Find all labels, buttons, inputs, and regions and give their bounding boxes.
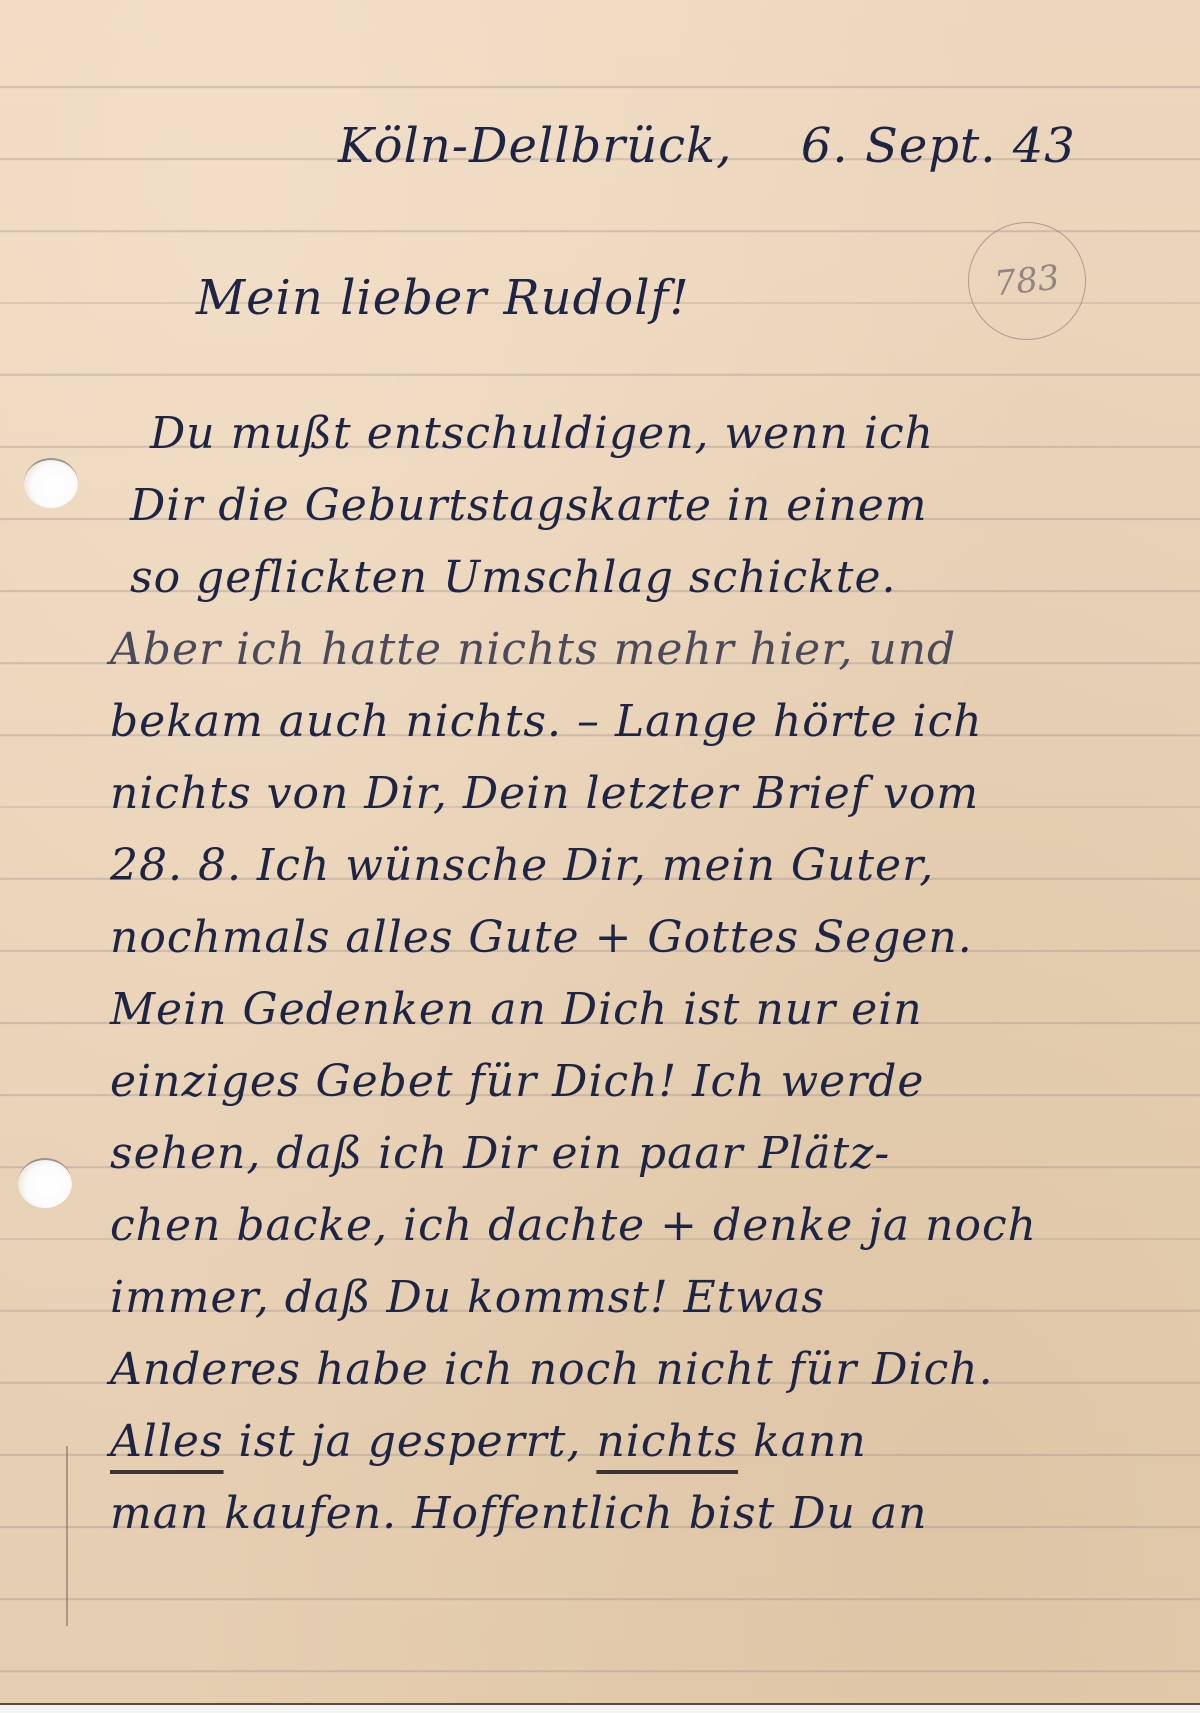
- body-line: Aber ich hatte nichts mehr hier, und: [110, 624, 956, 675]
- body-text-fragment: ist ja gesperrt,: [224, 1416, 597, 1467]
- letter-date: 6. Sept. 43: [801, 118, 1076, 174]
- punch-hole-top: [24, 458, 78, 508]
- body-text-fragment: kann: [738, 1416, 867, 1467]
- letter-page: Köln-Dellbrück, 6. Sept. 43 783 Mein lie…: [0, 0, 1200, 1713]
- margin-line: [66, 1446, 68, 1626]
- letter-header: Köln-Dellbrück, 6. Sept. 43: [338, 118, 1076, 174]
- body-line: Dir die Geburtstagskarte in einem: [130, 480, 928, 531]
- body-line: 28. 8. Ich wünsche Dir, mein Guter,: [110, 840, 934, 891]
- body-line: nochmals alles Gute + Gottes Segen.: [110, 912, 973, 963]
- page-bottom-edge: [0, 1703, 1200, 1713]
- body-line: nichts von Dir, Dein letzter Brief vom: [110, 768, 979, 819]
- body-line: sehen, daß ich Dir ein paar Plätz-: [110, 1128, 890, 1179]
- body-line-last: man kaufen. Hoffentlich bist Du an: [110, 1488, 927, 1539]
- body-line: einziges Gebet für Dich! Ich werde: [110, 1056, 924, 1107]
- body-line: chen backe, ich dachte + denke ja noch: [110, 1200, 1037, 1251]
- body-line: Mein Gedenken an Dich ist nur ein: [110, 984, 923, 1035]
- body-line: Anderes habe ich noch nicht für Dich.: [110, 1344, 994, 1395]
- letter-greeting: Mein lieber Rudolf!: [196, 270, 690, 326]
- body-line: so geflickten Umschlag schickte.: [130, 552, 897, 603]
- underlined-word-alles: Alles: [110, 1416, 224, 1467]
- underlined-word-nichts: nichts: [596, 1416, 738, 1467]
- body-line: Du mußt entschuldigen, wenn ich: [150, 408, 934, 459]
- body-line: immer, daß Du kommst! Etwas: [110, 1272, 825, 1323]
- body-line-underlined: Alles ist ja gesperrt, nichts kann: [110, 1416, 867, 1467]
- letter-place: Köln-Dellbrück,: [338, 118, 732, 174]
- punch-hole-bottom: [18, 1158, 72, 1208]
- body-line: bekam auch nichts. – Lange hörte ich: [110, 696, 983, 747]
